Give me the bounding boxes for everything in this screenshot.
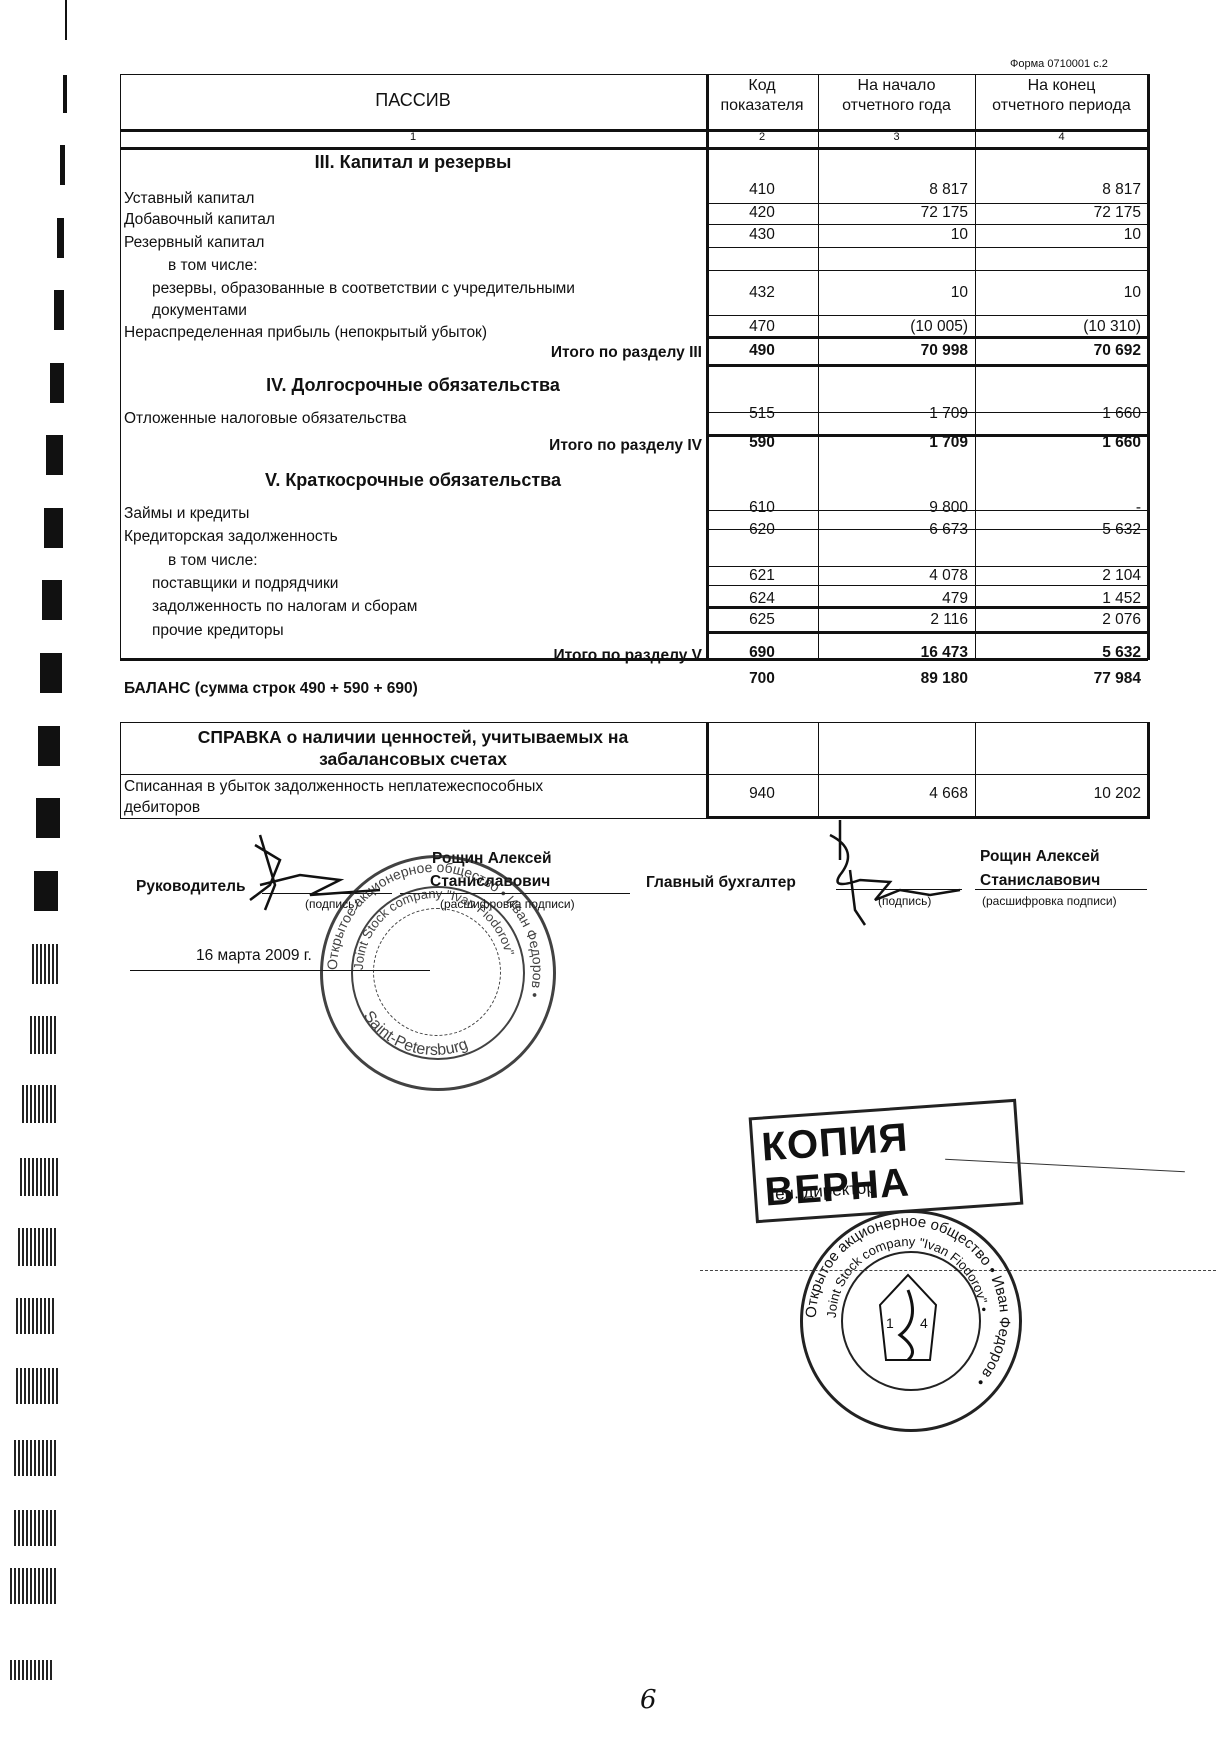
company-seal-1: Открытое акционерное общество • Иван Фед… [320,855,556,1091]
svg-text:Saint-Petersburg: Saint-Petersburg [360,1008,470,1059]
col-num-4: 4 [975,131,1148,143]
section-5-title: V. Краткосрочные обязательства [120,470,706,491]
page-number: 6 [640,1685,657,1715]
stamp-rule [700,1270,1216,1271]
signing-date: 16 марта 2009 г. [196,947,312,965]
col-num-2: 2 [706,131,818,143]
col-num-1: 1 [120,131,706,143]
section-3-title: III. Капитал и резервы [120,152,706,173]
name-line [975,889,1147,890]
svg-text:4: 4 [920,1315,928,1331]
off-balance-title: СПРАВКА о наличии ценностей, учитываемых… [120,726,706,770]
company-seal-2: Открытое акционерное общество • Иван Фед… [800,1210,1022,1432]
header-passiv: ПАССИВ [120,90,706,110]
header-start: На началоотчетного года [818,76,975,116]
section-4-title: IV. Долгосрочные обязательства [120,375,706,396]
form-number-label: Форма 0710001 с.2 [1010,58,1108,70]
handwritten-signature-icon [820,820,980,930]
header-code: Кодпоказателя [706,76,818,116]
col-num-3: 3 [818,131,975,143]
svg-text:Joint Stock company "Ivan Fiod: Joint Stock company "Ivan Fiodorov" [351,886,518,970]
svg-text:Открытое акционерное общество: Открытое акционерное общество • Иван Фед… [324,859,546,1000]
header-end: На конецотчетного периода [975,76,1148,116]
svg-text:1: 1 [886,1315,894,1331]
